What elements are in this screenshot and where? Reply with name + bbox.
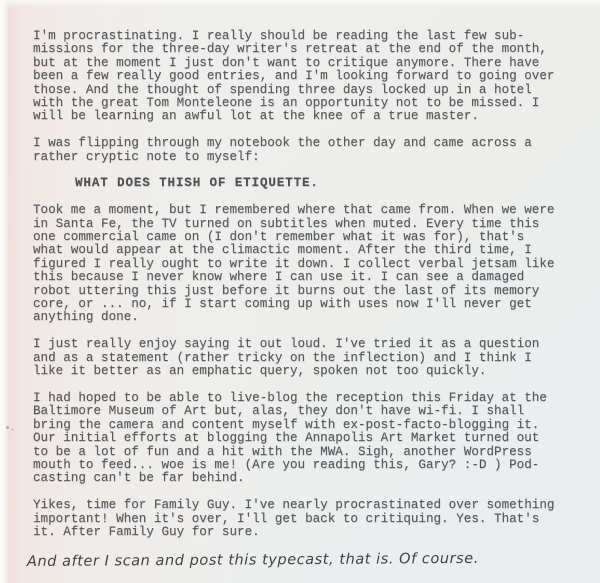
typed-paragraph-notebook: I was flipping through my notebook the o… [33,137,574,164]
cryptic-note-heading: WHAT DOES THISH OF ETIQUETTE. [75,177,574,190]
ink-smudge [6,426,9,429]
typed-paragraph-santa-fe: Took me a moment, but I remembered where… [33,204,574,325]
typed-paragraph-saying-out-loud: I just really enjoy saying it out loud. … [33,338,574,378]
typed-paragraph-family-guy: Yikes, time for Family Guy. I've nearly … [33,499,574,539]
typed-paragraph-procrastinating: I'm procrastinating. I really should be … [33,30,574,124]
typewritten-page: I'm procrastinating. I really should be … [0,0,600,583]
typed-paragraph-liveblog: I had hoped to be able to live-blog the … [33,392,574,486]
handwritten-note: And after I scan and post this typecast,… [27,549,574,572]
